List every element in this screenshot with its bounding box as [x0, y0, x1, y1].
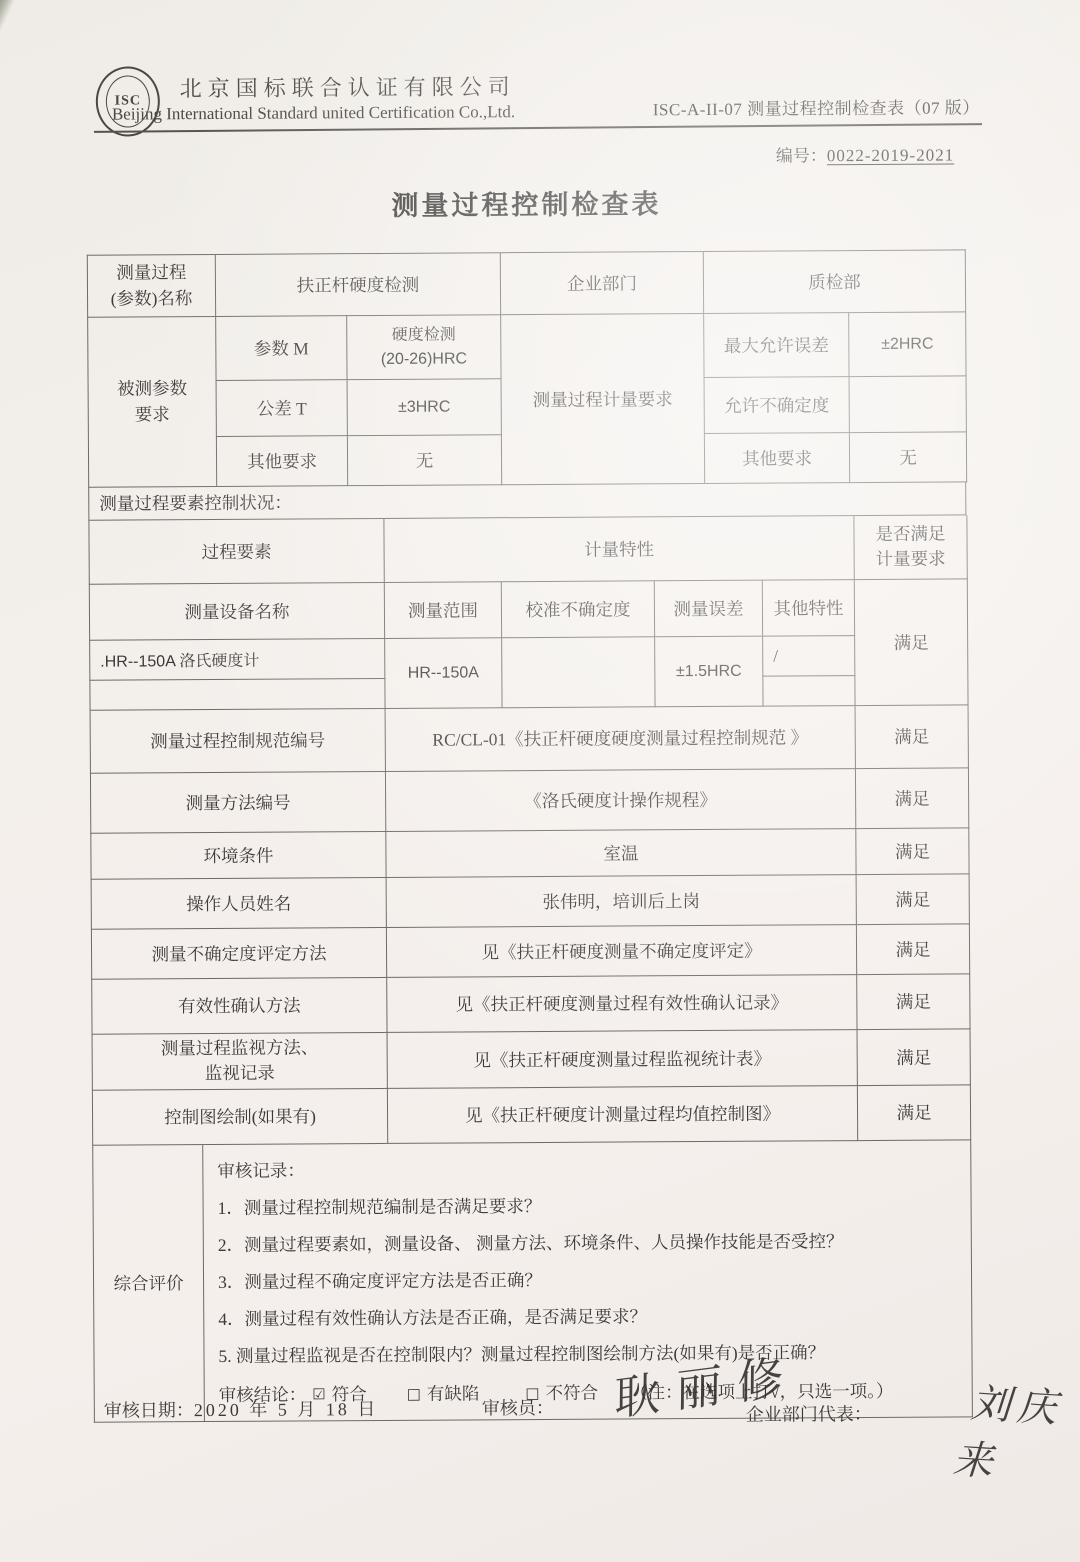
section-header-text: 测量过程要素控制状况：	[89, 482, 966, 519]
row-label: 测量方法编号	[90, 771, 385, 833]
letterhead-rule	[94, 123, 982, 133]
cell-equipment-other: /	[763, 636, 855, 677]
cell-metrological-req-label: 测量过程计量要求	[501, 313, 705, 484]
audit-item: 4．测量过程有效性确认方法是否正确，是否满足要求？	[218, 1296, 965, 1338]
cell-equipment-name-header: 测量设备名称	[89, 582, 384, 640]
serial-number-line: 编号：0022-2019-2021	[776, 140, 954, 166]
row-value: RC/CL-01《扶正杆硬度硬度测量过程控制规范 》	[385, 706, 855, 771]
top-parameter-table: 测量过程 (参数)名称 扶正杆硬度检测 企业部门 质检部 被测参数 要求 参数 …	[87, 249, 967, 487]
checkbox-defect-icon: □	[407, 1373, 421, 1413]
cell-allowed-uncertainty-label: 允许不确定度	[704, 377, 849, 434]
evaluation-content: 审核记录： 1．测量过程控制规范编制是否满足要求？ 2．测量过程要素如，测量设备…	[203, 1140, 973, 1421]
row-satisfy: 满足	[857, 973, 970, 1029]
cell-characteristics-header: 计量特性	[384, 516, 854, 583]
option-defect: 有缺陷	[427, 1373, 480, 1413]
row-label: 操作人员姓名	[91, 877, 386, 929]
cell-process-name-value: 扶正杆硬度检测	[215, 253, 500, 317]
cell-other-req2-label: 其他要求	[704, 433, 849, 484]
audit-date-label: 审核日期：	[104, 1400, 194, 1421]
audit-item: 5. 测量过程监视是否在控制限内？测量过程控制图绘制方法(如果有)是否正确？	[218, 1333, 965, 1375]
row-satisfy: 满足	[857, 1028, 970, 1085]
audit-item: 3．测量过程不确定度评定方法是否正确？	[218, 1259, 965, 1301]
cell-equipment-error: ±1.5HRC	[655, 636, 763, 707]
row-label: 测量过程控制规范编号	[90, 709, 385, 773]
cell-other-req-label: 其他要求	[216, 436, 347, 487]
auditor-label: 审核员：	[482, 1394, 554, 1420]
serial-value: 0022-2019-2021	[827, 145, 954, 165]
cell-measured-param-group: 被测参数 要求	[88, 316, 217, 487]
row-label: 环境条件	[91, 831, 386, 879]
row-satisfy: 满足	[856, 873, 969, 924]
row-satisfy: 满足	[855, 767, 968, 828]
page-title: 测量过程控制检查表	[0, 180, 1057, 225]
process-elements-table: 过程要素 计量特性 是否满足 计量要求 测量设备名称 测量范围 校准不确定度 测…	[88, 515, 968, 711]
cell-allowed-uncertainty-value	[849, 376, 966, 433]
evaluation-label: 综合评价	[93, 1145, 205, 1422]
row-value: 《洛氏硬度计操作规程》	[385, 768, 855, 831]
process-rows-table: 测量过程控制规范编号 RC/CL-01《扶正杆硬度硬度测量过程控制规范 》 满足…	[90, 705, 972, 1145]
audit-date-value: 2020 年 5 月 18 日	[194, 1399, 379, 1420]
cell-max-error-value: ±2HRC	[849, 312, 966, 377]
row-satisfy: 满足	[856, 827, 969, 874]
cell-equipment-name: .HR--150A 洛氏硬度计	[90, 638, 385, 680]
row-value: 室温	[386, 828, 856, 877]
cell-max-error-label: 最大允许误差	[704, 313, 849, 378]
row-satisfy: 满足	[855, 705, 968, 768]
section-header-strip: 测量过程要素控制状况：	[88, 482, 966, 520]
cell-equipment-cal-uncertainty	[502, 637, 655, 708]
cell-equipment-satisfy: 满足	[854, 579, 968, 706]
cell-dept-value: 质检部	[703, 250, 965, 314]
cell-satisfy-header: 是否满足 计量要求	[854, 515, 967, 580]
cell-dept-label: 企业部门	[500, 251, 703, 314]
cell-tolerance-label: 公差 T	[216, 380, 347, 437]
row-label: 有效性确认方法	[92, 977, 387, 1034]
cell-equipment-other-blank	[763, 676, 855, 707]
isc-logo-icon: ISC	[96, 66, 160, 136]
row-value: 张伟明，培训后上岗	[386, 874, 856, 927]
evaluation-table: 综合评价 审核记录： 1．测量过程控制规范编制是否满足要求？ 2．测量过程要素如…	[92, 1140, 973, 1422]
row-value: 见《扶正杆硬度测量不确定度评定》	[386, 924, 856, 977]
cell-other-req-value: 无	[347, 435, 501, 486]
company-name-cn: 北京国标联合认证有限公司	[180, 70, 516, 103]
row-label: 测量不确定度评定方法	[91, 927, 386, 979]
cell-other-req2-value: 无	[849, 432, 966, 483]
cell-param-m-value: 硬度检测 (20-26)HRC	[347, 315, 501, 380]
row-value: 见《扶正杆硬度计测量过程均值控制图》	[387, 1085, 857, 1143]
cell-equipment-range: HR--150A	[385, 638, 502, 709]
dept-rep-label: 企业部门代表：	[746, 1400, 872, 1427]
row-satisfy: 满足	[857, 1084, 970, 1140]
row-satisfy: 满足	[856, 923, 969, 974]
cell-process-element-header: 过程要素	[89, 518, 384, 584]
cell-cal-uncertainty-header: 校准不确定度	[501, 581, 654, 638]
row-label: 控制图绘制(如果有)	[92, 1088, 387, 1145]
cell-tolerance-value: ±3HRC	[347, 379, 501, 436]
row-value: 见《扶正杆硬度测量过程有效性确认记录》	[387, 974, 857, 1032]
audit-item: 1．测量过程控制规范编制是否满足要求？	[217, 1185, 964, 1227]
document-page: ISC 北京国标联合认证有限公司 Beijing International S…	[0, 0, 1080, 1562]
doc-code: ISC-A-II-07 测量过程控制检查表（07 版）	[653, 93, 980, 120]
cell-error-header: 测量误差	[654, 580, 762, 637]
row-value: 见《扶正杆硬度测量过程监视统计表》	[387, 1029, 857, 1088]
audit-date-line: 审核日期：2020 年 5 月 18 日	[104, 1395, 379, 1423]
audit-item: 2．测量过程要素如，测量设备、 测量方法、环境条件、人员操作技能是否受控？	[218, 1222, 965, 1264]
cell-other-char-header: 其他特性	[762, 580, 854, 637]
company-name-en: Beijing International Standard united Ce…	[112, 102, 515, 124]
cell-process-name-label: 测量过程 (参数)名称	[87, 254, 215, 317]
cell-range-header: 测量范围	[384, 582, 501, 639]
row-label: 测量过程监视方法、 监视记录	[92, 1032, 387, 1090]
form-sheet: 测量过程 (参数)名称 扶正杆硬度检测 企业部门 质检部 被测参数 要求 参数 …	[87, 249, 972, 1422]
serial-label: 编号：	[776, 146, 827, 165]
audit-record-title: 审核记录：	[217, 1148, 964, 1190]
cell-param-m-label: 参数 M	[216, 316, 347, 381]
cell-equipment-name-blank	[90, 678, 385, 710]
